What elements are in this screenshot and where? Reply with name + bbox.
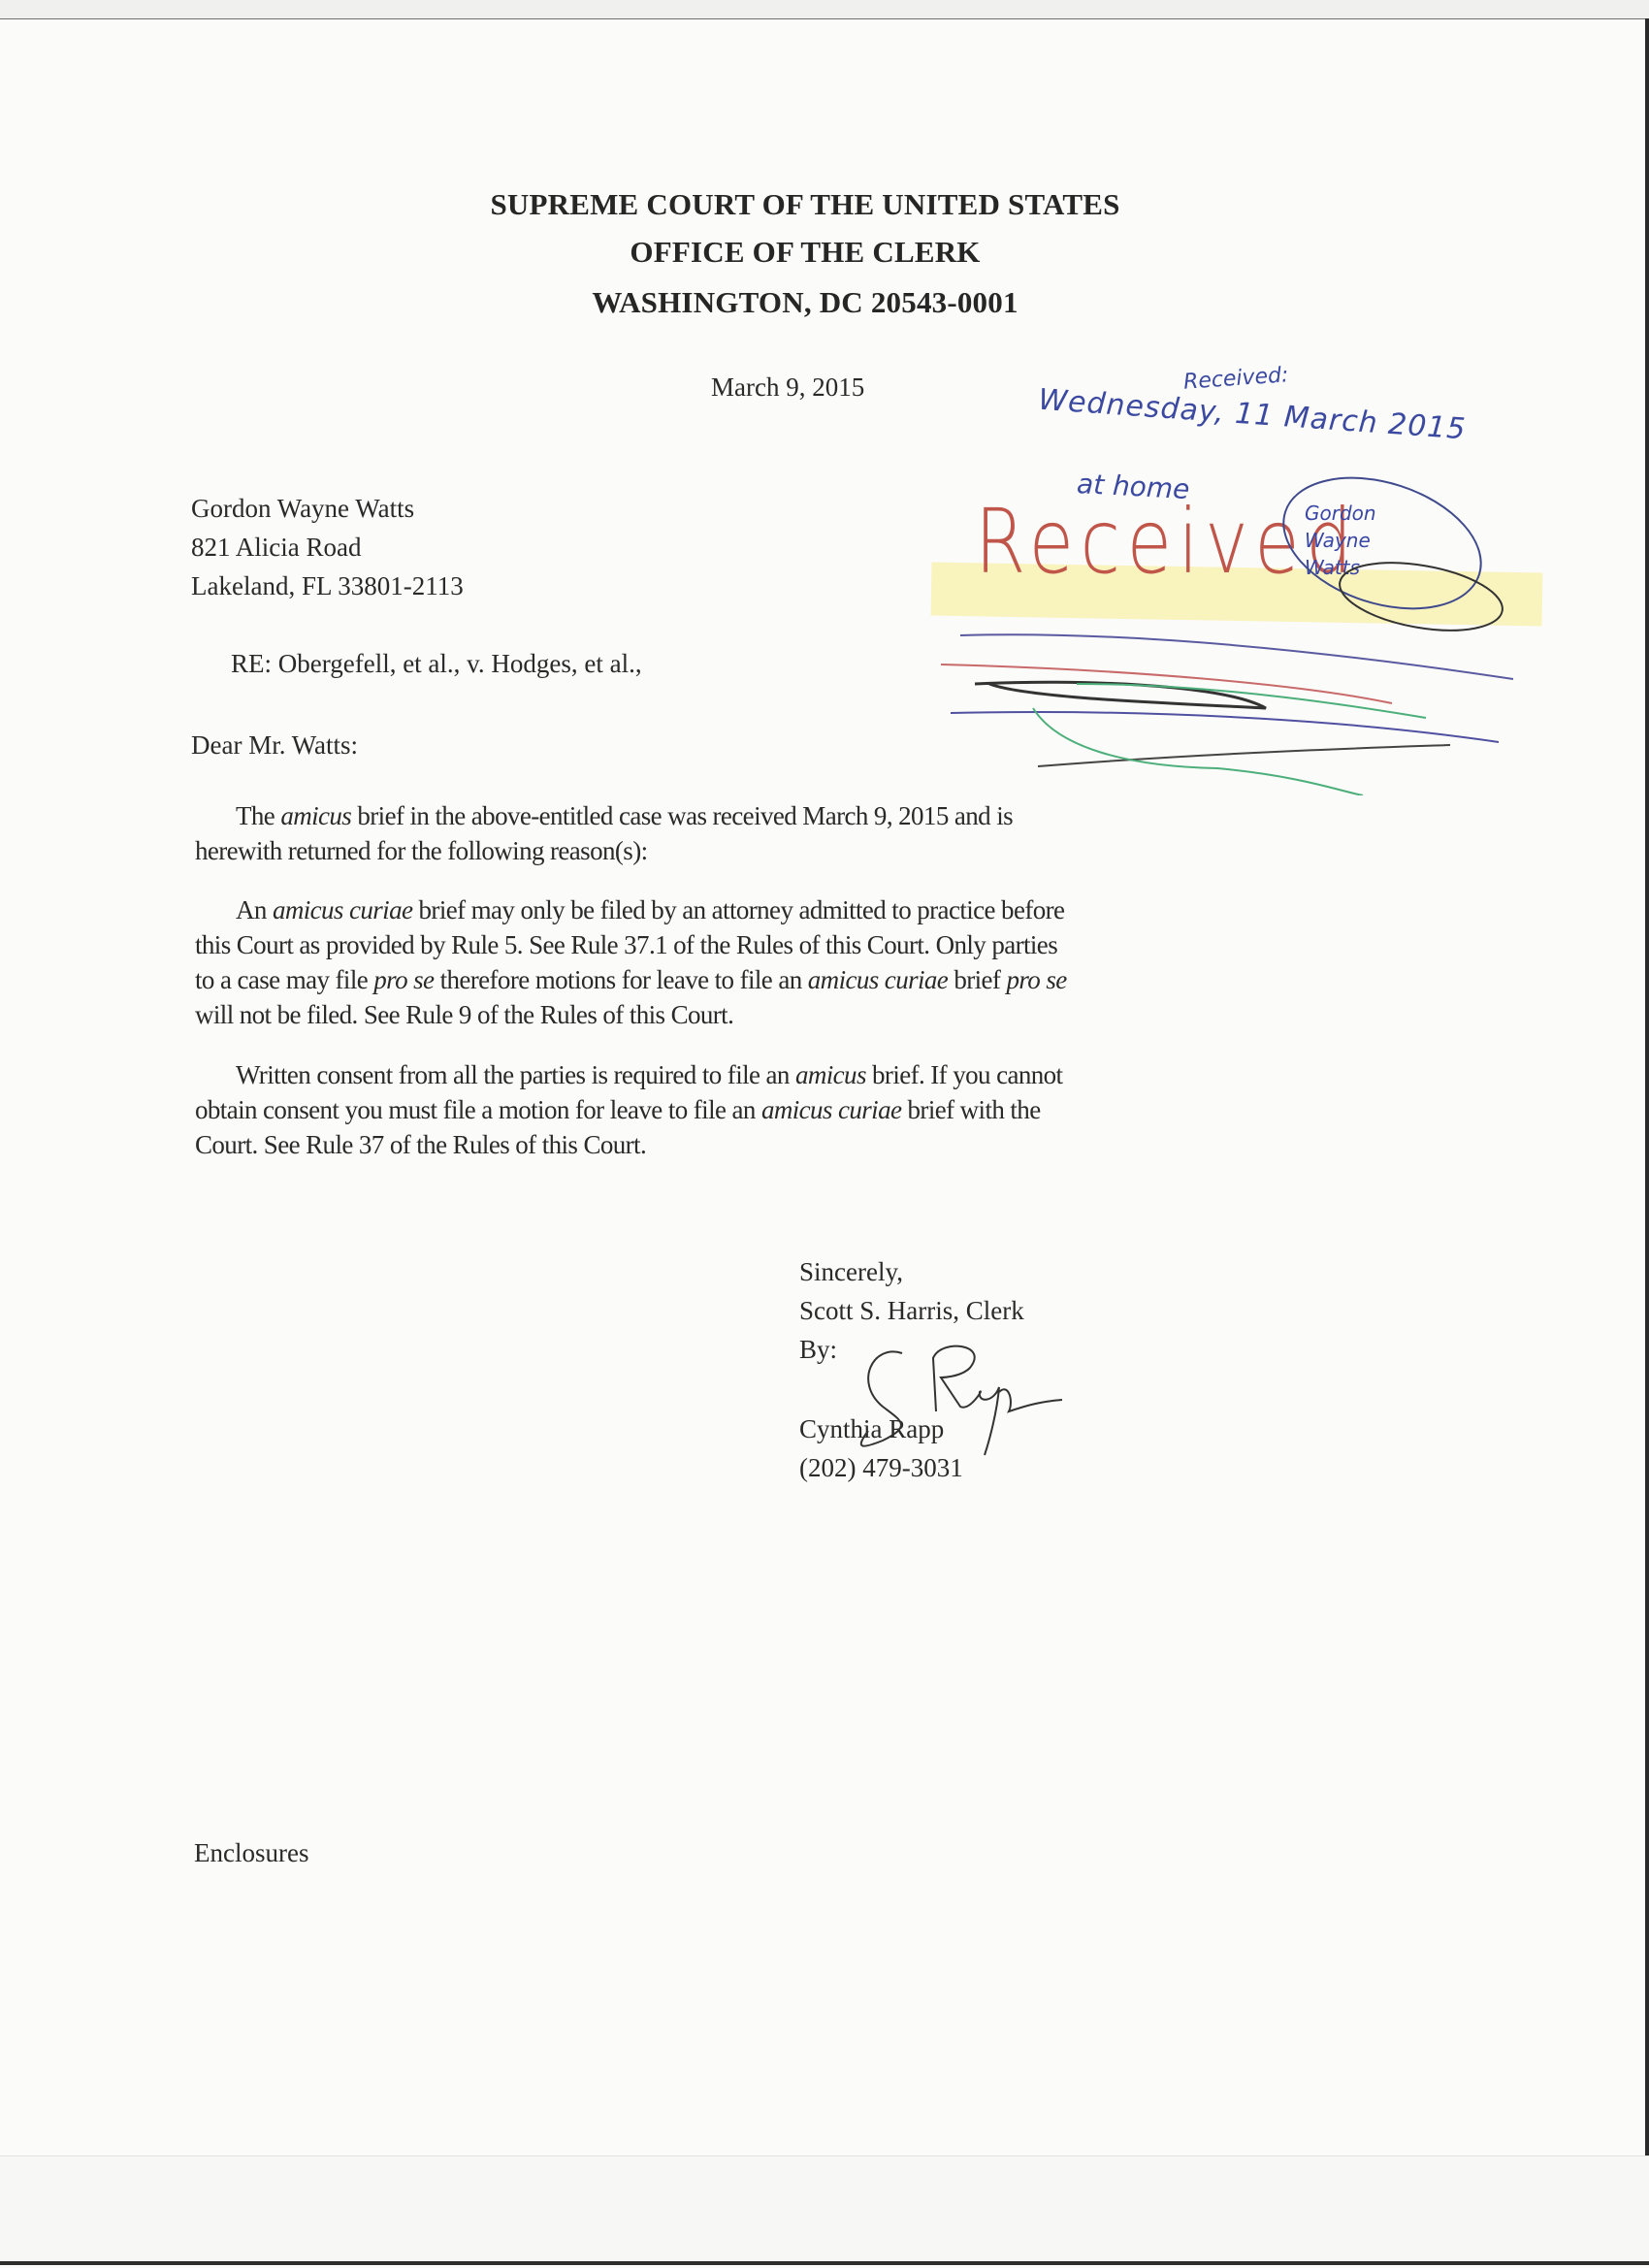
paragraph-line: to a case may file pro se therefore moti… xyxy=(195,962,1378,997)
salutation: Dear Mr. Watts: xyxy=(191,730,358,761)
enclosures-note: Enclosures xyxy=(194,1838,308,1868)
closing-sincerely: Sincerely, xyxy=(799,1254,903,1290)
ink-scribbles xyxy=(931,349,1552,795)
closing-clerk: Scott S. Harris, Clerk xyxy=(799,1293,1024,1329)
scan-bottom-edge xyxy=(0,2155,1649,2265)
scan-top-edge xyxy=(0,0,1649,19)
paragraph-line: Written consent from all the parties is … xyxy=(195,1057,1378,1092)
closing-by: By: xyxy=(799,1332,837,1368)
letterhead-address: WASHINGTON, DC 20543-0001 xyxy=(0,285,1610,320)
paragraph-line: will not be filed. See Rule 9 of the Rul… xyxy=(195,997,1378,1032)
handwritten-signature xyxy=(844,1334,1077,1460)
paragraph-line: The amicus brief in the above-entitled c… xyxy=(195,798,1378,833)
recipient-street: 821 Alicia Road xyxy=(191,530,361,566)
paragraph-line: obtain consent you must file a motion fo… xyxy=(195,1092,1378,1127)
paragraph-line: this Court as provided by Rule 5. See Ru… xyxy=(195,927,1378,962)
re-line: RE: Obergefell, et al., v. Hodges, et al… xyxy=(231,649,642,679)
body-paragraph-2: An amicus curiae brief may only be filed… xyxy=(195,892,1378,1032)
recipient-name: Gordon Wayne Watts xyxy=(191,491,414,527)
letter-date: March 9, 2015 xyxy=(711,373,864,403)
paragraph-line: An amicus curiae brief may only be filed… xyxy=(195,892,1378,927)
paragraph-line: herewith returned for the following reas… xyxy=(195,833,1378,868)
body-paragraph-3: Written consent from all the parties is … xyxy=(195,1057,1378,1162)
scan-right-edge xyxy=(1645,18,1649,2250)
letterhead-court: SUPREME COURT OF THE UNITED STATES xyxy=(0,187,1610,222)
recipient-city: Lakeland, FL 33801-2113 xyxy=(191,568,464,604)
handwritten-annotations: Received: Wednesday, 11 March 2015 at ho… xyxy=(931,349,1552,795)
scan-bottom-line xyxy=(0,2261,1649,2265)
letterhead-office: OFFICE OF THE CLERK xyxy=(0,235,1610,270)
paragraph-line: Court. See Rule 37 of the Rules of this … xyxy=(195,1127,1378,1162)
body-paragraph-1: The amicus brief in the above-entitled c… xyxy=(195,798,1378,868)
